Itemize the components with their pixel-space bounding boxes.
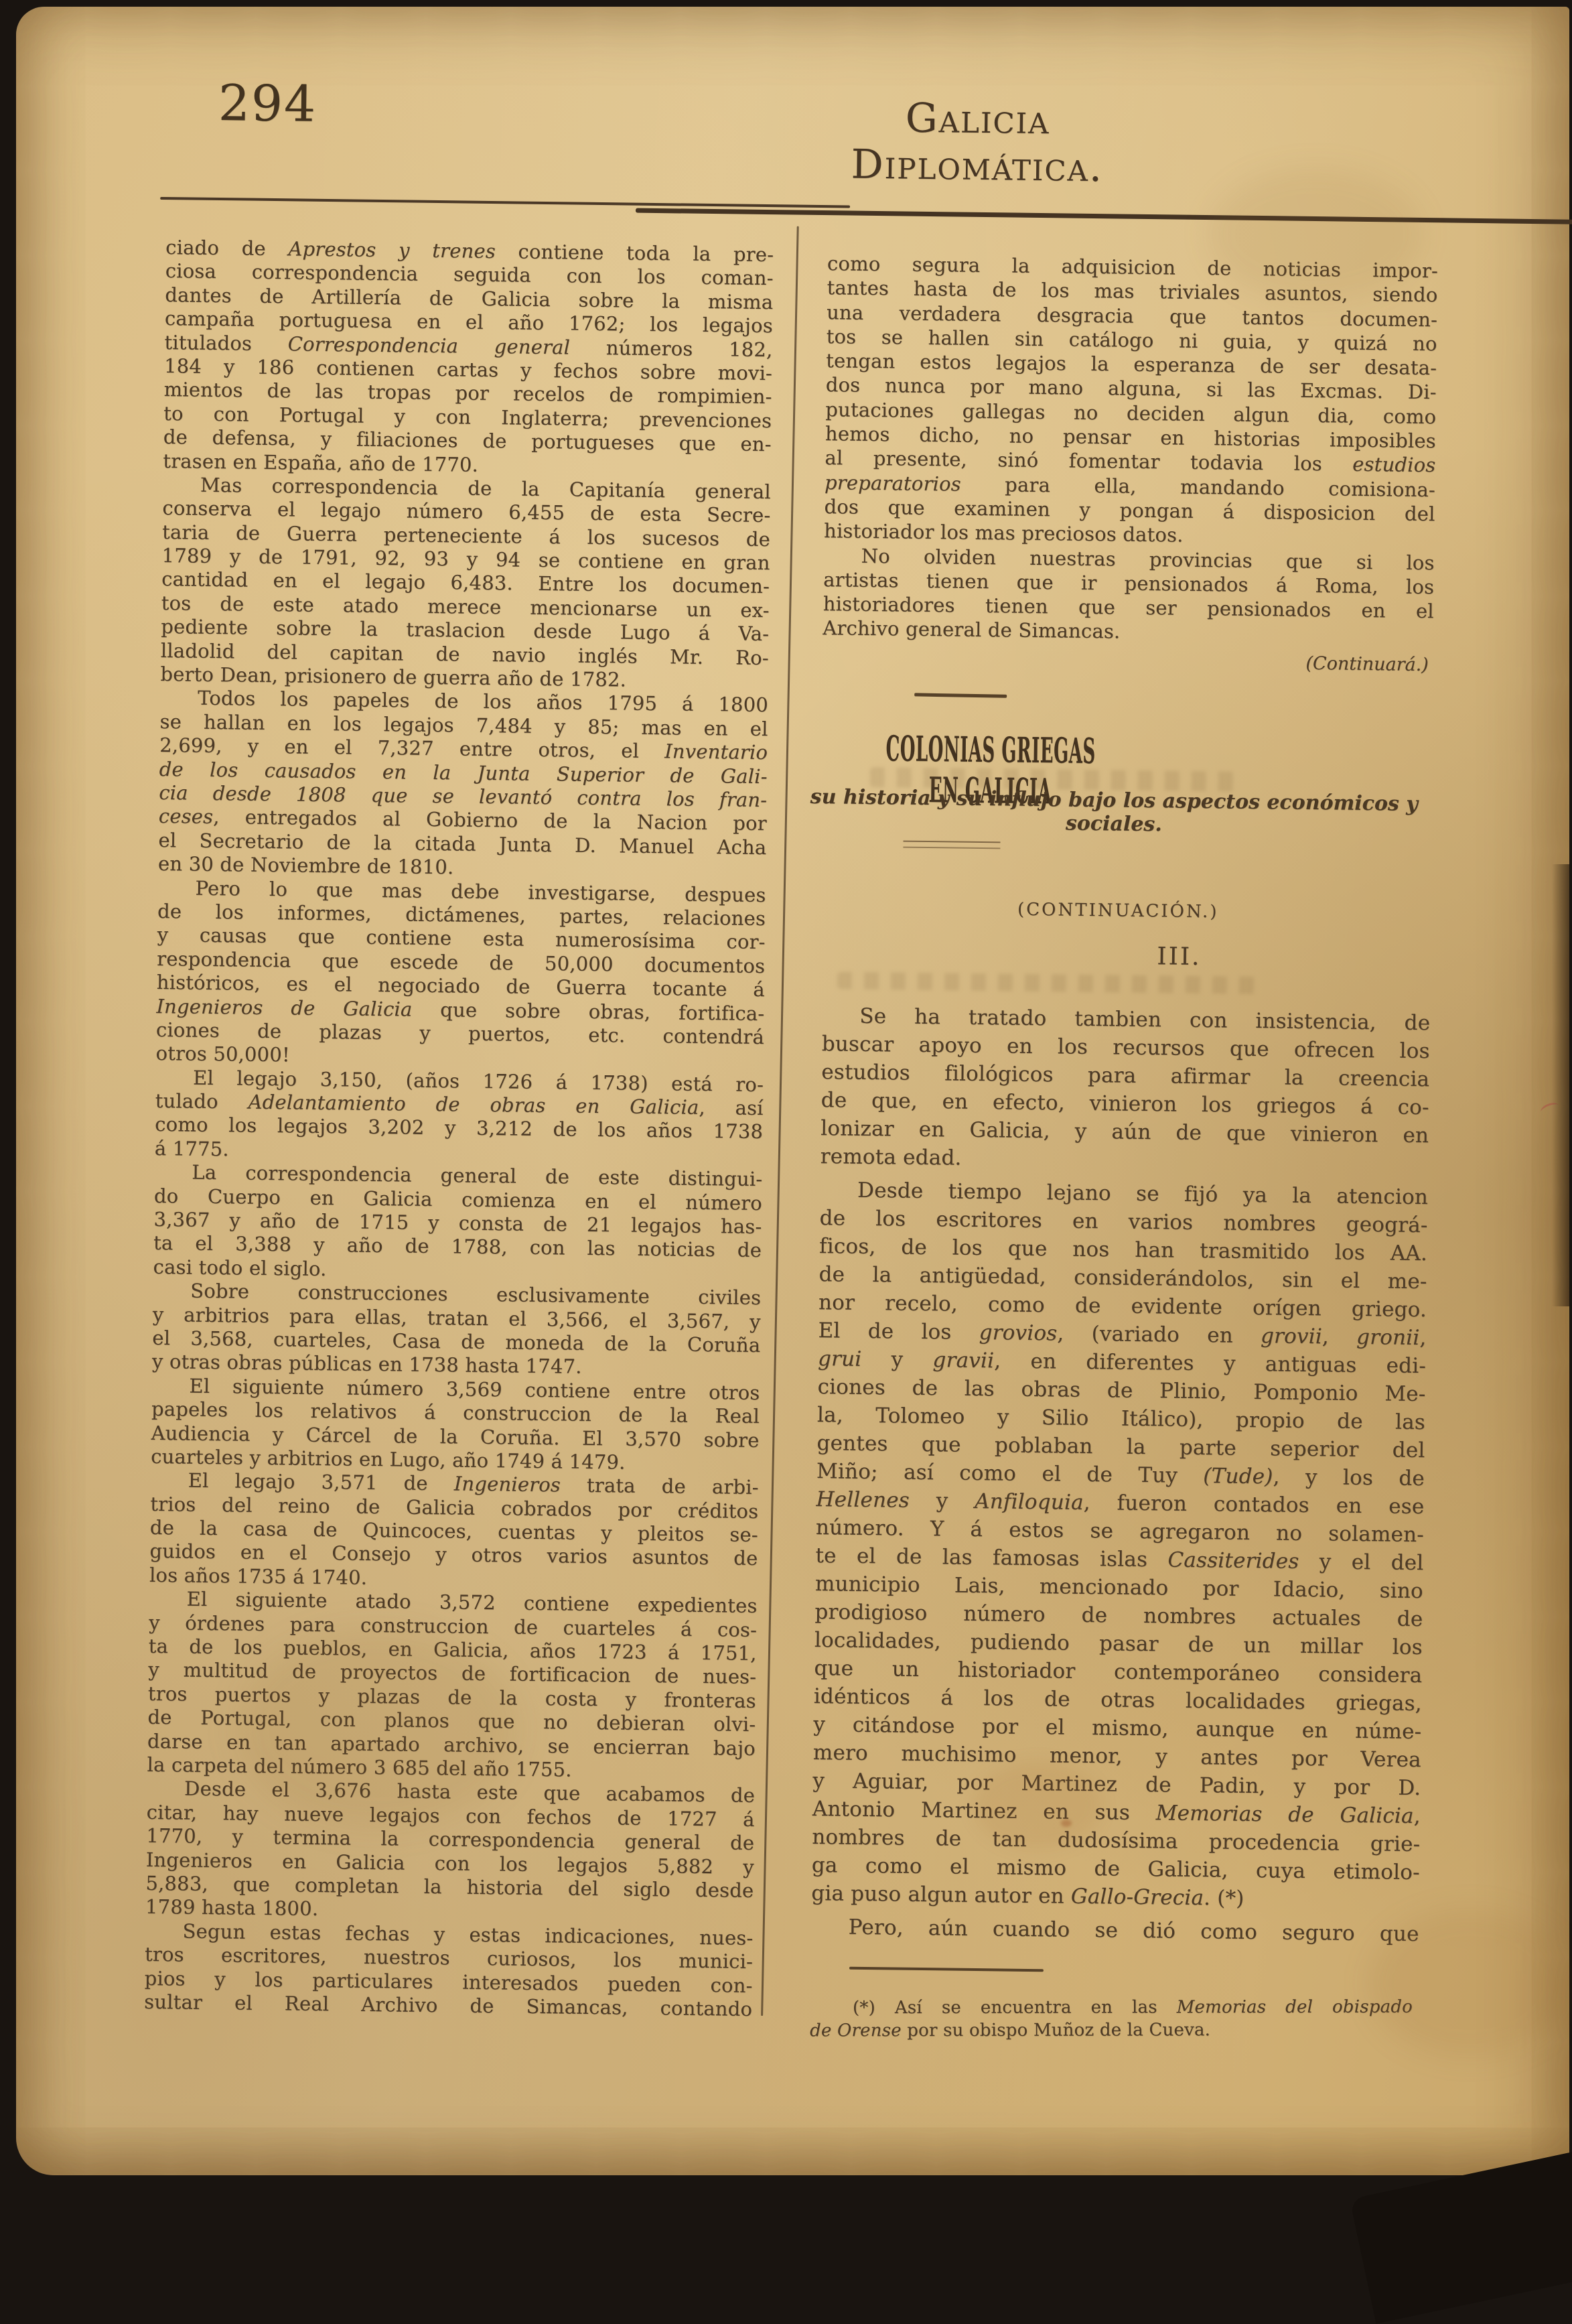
article-body: Se ha tratado tambien con insistencia, d… xyxy=(810,1002,1430,1954)
subtitle-rule xyxy=(903,841,1000,849)
paper-stain xyxy=(974,1762,1101,1849)
right-column-intro: como segura la adquisicion de noticias i… xyxy=(823,251,1438,648)
page-paper: 294 Galicia Diplomática. ciado de Aprest… xyxy=(16,7,1569,2175)
section-end-rule xyxy=(914,693,1007,697)
paragraph: Pero, aún cuando se dió como seguro que xyxy=(810,1913,1419,1948)
paragraph: Se ha tratado tambien con insistencia, d… xyxy=(820,1002,1431,1178)
footnote: (*) Así se encuentra en las Memorias del… xyxy=(810,1996,1413,2043)
paper-stain xyxy=(1208,167,1423,301)
article-continuation-label: (CONTINUACIÓN.) xyxy=(950,898,1285,922)
paper-stain xyxy=(237,1628,518,1829)
article-subtitle: su historia y su influjo bajo los aspect… xyxy=(799,785,1429,839)
text-line: Pero, aún cuando se dió como seguro que xyxy=(810,1913,1419,1948)
journal-title: Galicia Diplomática. xyxy=(776,93,1179,192)
paper-stain xyxy=(1369,1909,1570,2057)
page-curl-shadow xyxy=(1552,864,1569,1306)
article-section-number: III. xyxy=(1112,942,1246,971)
header-rule-right xyxy=(636,208,1572,224)
paper-stain xyxy=(1061,1820,1072,1827)
page-content: 294 Galicia Diplomática. ciado de Aprest… xyxy=(0,5,1572,2192)
footnote-rule xyxy=(849,1967,1044,1972)
page-number: 294 xyxy=(218,74,317,133)
ink-bleed-ghost xyxy=(837,971,1266,994)
header-rule-left xyxy=(160,197,850,208)
text-line: de Orense por su obispo Muñoz de la Cuev… xyxy=(810,2019,1413,2043)
paragraph: Desde tiempo lejano se fijó ya la atenci… xyxy=(811,1176,1428,1915)
to-be-continued-note: (Continuará.) xyxy=(823,647,1572,679)
text-line: (*) Así se encuentra en las Memorias del… xyxy=(810,1996,1413,2020)
scan-background: 294 Galicia Diplomática. ciado de Aprest… xyxy=(0,0,1572,2195)
